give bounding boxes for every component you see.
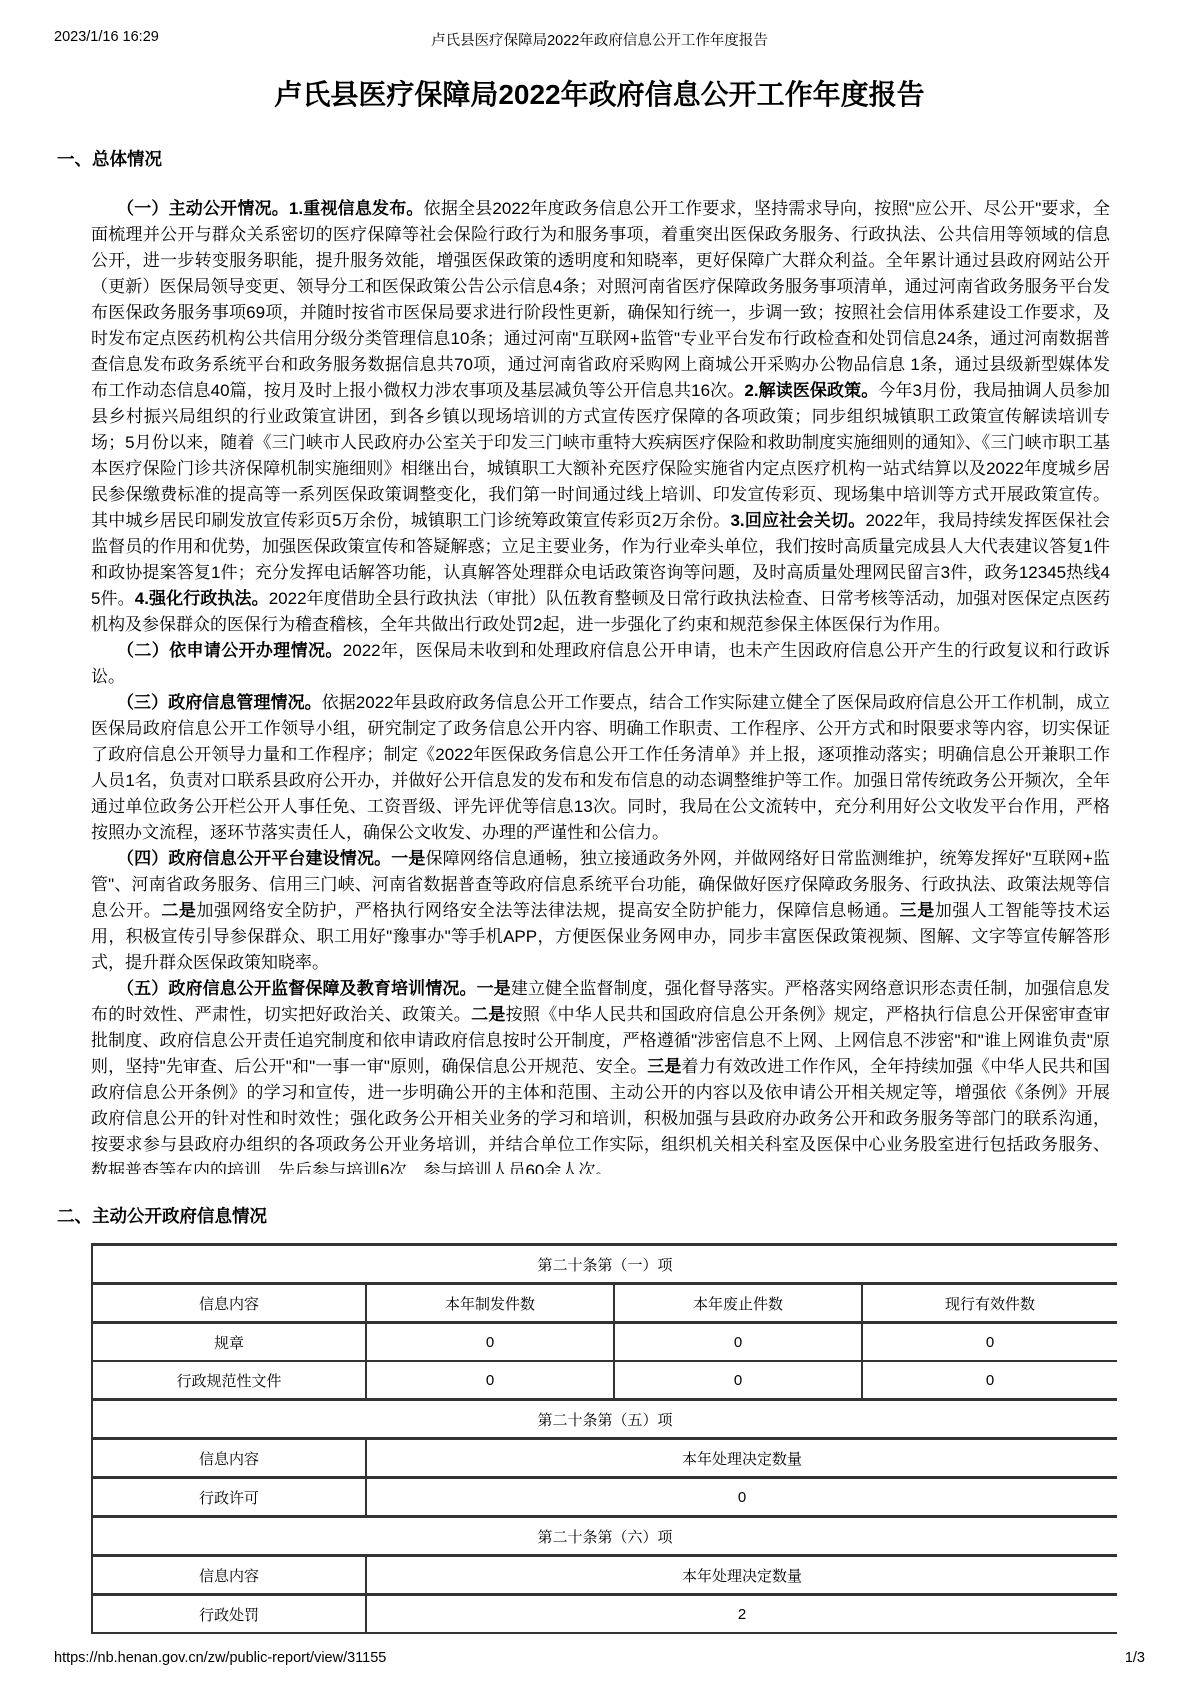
- table-row: 行政规范性文件 0 0 0: [92, 1361, 1117, 1400]
- table-cell: 0: [614, 1323, 862, 1362]
- table-cell: 行政许可: [92, 1478, 366, 1517]
- print-header: 2023/1/16 16:29 卢氏县医疗保障局2022年政府信息公开工作年度报…: [54, 29, 1145, 47]
- paragraph-1-lead: （一）主动公开情况。1.重视信息发布。: [117, 199, 424, 218]
- column-header: 现行有效件数: [862, 1284, 1117, 1323]
- column-header: 本年废止件数: [614, 1284, 862, 1323]
- table-band-label: 第二十条第（一）项: [92, 1245, 1117, 1284]
- section-2-heading: 二、主动公开政府信息情况: [57, 1206, 267, 1226]
- table-band-label: 第二十条第（五）项: [92, 1400, 1117, 1439]
- table-cell: 0: [862, 1361, 1117, 1400]
- column-header: 本年处理决定数量: [366, 1556, 1117, 1595]
- table-cell: 规章: [92, 1323, 366, 1362]
- table-header-row-2: 信息内容 本年处理决定数量: [92, 1439, 1117, 1478]
- column-header: 信息内容: [92, 1284, 366, 1323]
- page-title: 卢氏县医疗保障局2022年政府信息公开工作年度报告: [0, 79, 1199, 111]
- paragraph-2: （二）依申请公开办理情况。2022年，医保局未收到和处理政府信息公开申请，也未产…: [91, 638, 1110, 690]
- column-header: 本年处理决定数量: [366, 1439, 1117, 1478]
- table-cell: 2: [366, 1595, 1117, 1634]
- disclosure-table-wrap: 第二十条第（一）项 信息内容 本年制发件数 本年废止件数 现行有效件数 规章 0…: [91, 1243, 1117, 1638]
- paragraph-4: （四）政府信息公开平台建设情况。一是保障网络信息通畅，独立接通政务外网，并做网络…: [91, 846, 1110, 976]
- paragraph-5: （五）政府信息公开监督保障及教育培训情况。一是建立健全监督制度，强化督导落实。严…: [91, 976, 1110, 1174]
- table-cell: 0: [862, 1323, 1117, 1362]
- column-header: 信息内容: [92, 1439, 366, 1478]
- footer-url: https://nb.henan.gov.cn/zw/public-report…: [54, 1650, 386, 1666]
- table-cell: 0: [366, 1478, 1117, 1517]
- paragraph-1: （一）主动公开情况。1.重视信息发布。依据全县2022年度政务信息公开工作要求，…: [91, 196, 1110, 638]
- paragraph-2-lead: （二）依申请公开办理情况。: [117, 641, 343, 660]
- report-body: （一）主动公开情况。1.重视信息发布。依据全县2022年度政务信息公开工作要求，…: [91, 196, 1110, 1174]
- table-cell: 行政处罚: [92, 1595, 366, 1634]
- paragraph-4-lead: （四）政府信息公开平台建设情况。一是: [117, 849, 426, 868]
- table-band-row-3: 第二十条第（六）项: [92, 1517, 1117, 1556]
- disclosure-table: 第二十条第（一）项 信息内容 本年制发件数 本年废止件数 现行有效件数 规章 0…: [91, 1243, 1117, 1634]
- paragraph-5-lead: （五）政府信息公开监督保障及教育培训情况。一是: [117, 979, 511, 998]
- table-header-row-3: 信息内容 本年处理决定数量: [92, 1556, 1117, 1595]
- table-cell: 行政规范性文件: [92, 1361, 366, 1400]
- table-band-row-1: 第二十条第（一）项: [92, 1245, 1117, 1284]
- table-row: 规章 0 0 0: [92, 1323, 1117, 1362]
- table-row: 行政处罚 2: [92, 1595, 1117, 1634]
- footer-page-indicator: 1/3: [1125, 1650, 1145, 1666]
- print-doc-title: 卢氏县医疗保障局2022年政府信息公开工作年度报告: [54, 29, 1145, 50]
- paragraph-3-lead: （三）政府信息管理情况。: [117, 693, 322, 712]
- table-band-row-2: 第二十条第（五）项: [92, 1400, 1117, 1439]
- table-cell: 0: [366, 1323, 614, 1362]
- column-header: 本年制发件数: [366, 1284, 614, 1323]
- table-cell: 0: [366, 1361, 614, 1400]
- column-header: 信息内容: [92, 1556, 366, 1595]
- table-header-row-1: 信息内容 本年制发件数 本年废止件数 现行有效件数: [92, 1284, 1117, 1323]
- table-band-label: 第二十条第（六）项: [92, 1517, 1117, 1556]
- table-row: 行政许可 0: [92, 1478, 1117, 1517]
- paragraph-3: （三）政府信息管理情况。依据2022年县政府政务信息公开工作要点，结合工作实际建…: [91, 690, 1110, 846]
- table-cell: 0: [614, 1361, 862, 1400]
- printed-page: 2023/1/16 16:29 卢氏县医疗保障局2022年政府信息公开工作年度报…: [0, 0, 1199, 1696]
- print-footer: https://nb.henan.gov.cn/zw/public-report…: [54, 1650, 1145, 1668]
- section-1-heading: 一、总体情况: [57, 149, 162, 169]
